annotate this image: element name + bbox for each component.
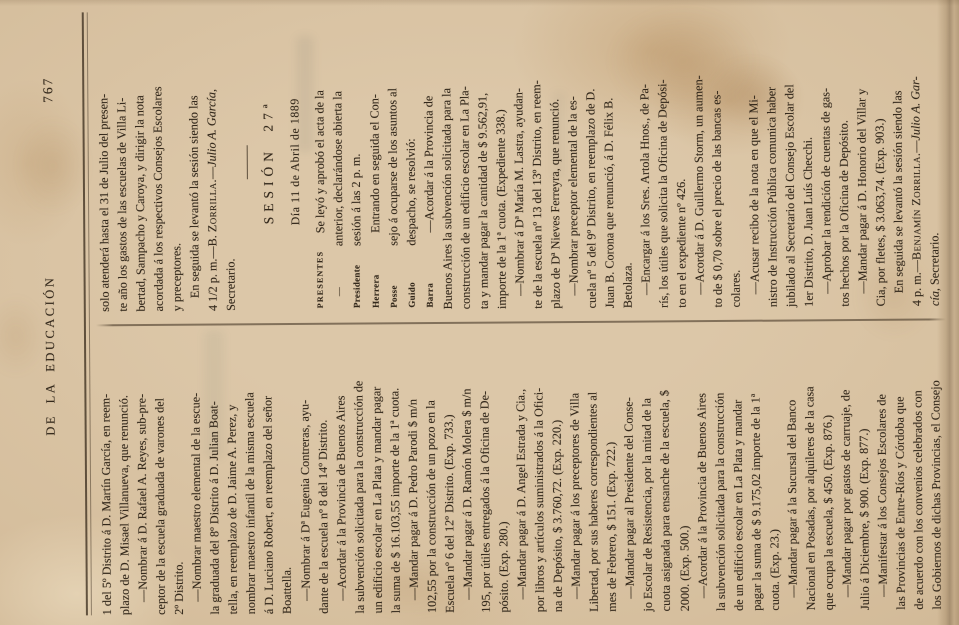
text-line: Entrando en seguida el Con- <box>364 12 384 246</box>
text-line: —Acusar recibo de la nota en que el Mi- <box>743 10 763 308</box>
text-line: Boattella. <box>276 325 296 614</box>
text-line: Posse <box>384 246 402 308</box>
page-number: 767 <box>40 77 56 103</box>
text-line: cuota asignada para ensanche de la escue… <box>655 322 675 611</box>
text-line: 195, por útiles entregados á la Oficina … <box>475 324 495 613</box>
text-line: 2000. (Exp. 500.) <box>673 322 693 611</box>
text-line: PRESENTES <box>312 246 330 308</box>
text-line: construcción de un edificio escolar en L… <box>454 12 474 310</box>
page-top-shadow <box>0 0 959 6</box>
text-line: Cia, por fletes, $ 3.063,74. (Exp. 903.) <box>870 9 890 307</box>
scanned-book-page: DE LA EDUCACIÓN 767 1 del 5º Distrito á … <box>0 0 959 625</box>
text-line: —Mandar pagar á la Sucursal del Banco <box>782 321 802 610</box>
text-line: Juan B. Corona que renunció, á D. Félix … <box>599 11 619 309</box>
text-line: te de la escuela nº 13 del 13º Distrito,… <box>527 11 547 309</box>
text-line: En seguida se levantó la sesión siendo l… <box>184 14 204 312</box>
text-line: despacho, se resolvió: <box>400 12 420 246</box>
text-line: —Mandar pagar á D. Pedro Parodi $ m/n <box>403 324 423 613</box>
text-line: na de Depósito, $ 3.760,72. (Exp. 220.) <box>547 323 567 612</box>
running-header: DE LA EDUCACIÓN 767 <box>41 15 65 616</box>
header-rule <box>82 12 92 615</box>
text-line: plazo de D. Misael Villanueva, que renun… <box>114 326 134 615</box>
text-line: —Acordar á la Provincia de Buenos Aires <box>331 325 351 614</box>
text-line: Escuela nº 6 del 12º Distrito. (Exp. 733… <box>439 324 459 613</box>
text-line: —Mandar pagar á los preceptores de Villa <box>565 323 585 612</box>
text-line: —Encargar á los Sres. Artola Hnos., de P… <box>635 10 655 308</box>
text-line: anterior, declarándose abierta la <box>328 13 348 247</box>
text-line: tos hechos por la Oficina de Depósito. <box>833 9 853 307</box>
text-line: jo Escolar de Resistencia, por la mitad … <box>637 322 657 611</box>
right-column-intro: solo atenderá hasta el 31 de Julio del p… <box>94 13 240 312</box>
text-line: —Nombrar á Dª María M. Lastra, ayudan- <box>509 11 529 309</box>
attendees-adjacent-text: Se leyó y aprobó el acta de laanterior, … <box>310 12 438 246</box>
session-date: Día 11 de Abril de 1889 <box>287 13 303 311</box>
text-line: to de $ 0,70 sobre el precio de las banc… <box>707 10 727 308</box>
text-line: dante de la escuela nº 8 del 14º Distrit… <box>312 325 332 614</box>
text-line: y preceptores. <box>166 14 186 312</box>
text-line: cuela nº 5 del 9º Distrito, en reemplazo… <box>581 11 601 309</box>
text-line: —Nombrar á D. Rafael A. Reyes, sub-pre- <box>132 326 152 615</box>
text-line: de un edificio escolar en La Plata y man… <box>728 322 748 611</box>
text-line: 1er Distrito, D. Juan Luís Checchi. <box>797 9 817 307</box>
right-column-body: Buenos Aires la subvención solicitada pa… <box>436 8 943 309</box>
text-line: la subvención solicitada para la constru… <box>710 322 730 611</box>
text-line: por libros y artículos suministrados á l… <box>529 323 549 612</box>
text-line: 1 del 5º Distrito á D. Martín García, en… <box>96 326 116 615</box>
session-heading: SESIÓN 27ª <box>260 13 278 311</box>
attendees-list: PRESENTES—PresidenteHerreraPosseGuidoBar… <box>312 245 439 310</box>
text-line: la graduada del 8º Distrito á D. Julian … <box>204 325 224 614</box>
section-divider-rule <box>247 145 248 179</box>
text-line: —Nombrar á Dª Eugenia Contreras, ayu- <box>294 325 314 614</box>
text-line: sejo á ocuparse de los asuntos al <box>382 12 402 246</box>
text-line: Julio á Diciembre, $ 900. (Exp. 877.) <box>854 321 874 610</box>
text-line: 4 p. m.—Benjamín Zorrilla.—Julio A. Gar- <box>906 9 926 307</box>
document-page: DE LA EDUCACIÓN 767 1 del 5º Distrito á … <box>0 0 959 624</box>
text-line: á D. Luciano Robert, en reemplazo del se… <box>258 325 278 614</box>
text-line: sesión á las 2 p. m. <box>346 12 366 246</box>
text-line: colares. <box>725 10 745 308</box>
text-line: Nacional en Posadas, por alquileres de l… <box>800 321 820 610</box>
text-line: —Mandar pagar por gastos de carruaje, de <box>836 321 856 610</box>
text-line: Presidente <box>348 246 366 308</box>
text-line: ta y mandar pagar la cantidad de $ 9.562… <box>473 12 493 310</box>
text-line: —Nombrar preceptor elemental de la es- <box>563 11 583 309</box>
text-line: la subvención solicitada para la constru… <box>349 324 369 613</box>
text-line: En seguida se levantó la sesión siendo l… <box>888 9 908 307</box>
text-line: mes de Febrero, $ 151. (Exp. 722.) <box>601 323 621 612</box>
text-line: bertad, Sampacho y Caroya, y dirigir la … <box>130 14 150 312</box>
text-line: importe de la 1ª cuota. (Expediente 338.… <box>491 11 511 309</box>
text-line: 2º Distrito. <box>168 326 188 615</box>
text-line: — <box>330 246 348 308</box>
right-column: solo atenderá hasta el 31 de Julio del p… <box>94 8 946 324</box>
text-line: —Mandar pagar á D. Angel Estrada y Cia., <box>511 323 531 612</box>
text-line: Betolaza. <box>617 11 637 309</box>
text-columns: 1 del 5º Distrito á D. Martín García, en… <box>94 8 948 615</box>
text-line: 4 1/2 p. m.—B. Zorrilla.—Julio A. García… <box>202 13 222 311</box>
text-line: Se leyó y aprobó el acta de la <box>310 13 330 247</box>
text-line: Guido <box>402 246 420 308</box>
text-line: cuota. (Exp. 23.) <box>764 322 784 611</box>
text-line: Buenos Aires la subvención solicitada pa… <box>436 12 456 310</box>
text-line: —Manifestar á los Consejos Escolares de <box>872 321 892 610</box>
text-line: la suma de $ 16.103,55 importe de la 1ª … <box>385 324 405 613</box>
text-line: —Nombrar maestro elemental de la escue- <box>186 326 206 615</box>
text-line: pagar la suma de $ 9.175,02 importe de l… <box>746 322 766 611</box>
text-line: ceptor de la escuela graduada de varones… <box>150 326 170 615</box>
text-line: solo atenderá hasta el 31 de Julio del p… <box>94 14 114 312</box>
attendees-block: PRESENTES—PresidenteHerreraPosseGuidoBar… <box>310 12 438 310</box>
text-line: 102,55 por la construcción de un pozo en… <box>421 324 441 613</box>
text-line: pósito. (Exp. 280.) <box>493 323 513 612</box>
text-line: te año los gastos de las escuelas de Vil… <box>112 14 132 312</box>
text-line: de acuerdo con los convenios celebrados … <box>908 321 928 610</box>
text-line: nistro de Instrucción Pública comunica h… <box>761 10 781 308</box>
text-line: Barra <box>420 245 438 307</box>
text-line: to en el expediente nº 426. <box>671 10 691 308</box>
text-line: —Acordar á D. Guillermo Storm, un aumen- <box>689 10 709 308</box>
left-column: 1 del 5º Distrito á D. Martín García, en… <box>96 320 948 615</box>
running-title: DE LA EDUCACIÓN <box>43 276 59 436</box>
page-edge-shadow <box>937 0 959 625</box>
text-line: —Mandar pagar al Presidente del Conse- <box>619 323 639 612</box>
text-line: que ocupa la escuela, $ 450. (Exp. 876.) <box>818 321 838 610</box>
text-line: acordada á los respectivos Consejos Esco… <box>148 14 168 312</box>
text-line: Herrera <box>366 246 384 308</box>
text-line: —Mandar pagar á D. Ramón Molera $ m/n <box>457 324 477 613</box>
text-line: las Provincias de Entre-Ríos y Córdoba q… <box>890 321 910 610</box>
text-line: plazo de Dª Nieves Ferreyra, que renunci… <box>545 11 565 309</box>
text-line: —Mandar pagar á D. Honorio del Villar y <box>852 9 872 307</box>
text-line: —Acordar á la Provincia de <box>418 12 438 246</box>
text-line: nombrar maestro infantil de la misma esc… <box>240 325 260 614</box>
text-line: Secretario. <box>220 13 240 311</box>
text-line: rís, los útiles que solicita la Oficina … <box>653 10 673 308</box>
text-line: tella, en reemplazo de D. Jaime A. Perez… <box>222 325 242 614</box>
text-line: jubilado al Secretario del Consejo Escol… <box>779 9 799 307</box>
text-line: —Aprobar la rendición de cuentas de gas- <box>815 9 835 307</box>
text-line: Libertad, por sus haberes correspondient… <box>583 323 603 612</box>
text-line: —Acordar á la Provincia de Buenos Aires <box>691 322 711 611</box>
text-line: un edificio escolar en La Plata y mandar… <box>367 324 387 613</box>
